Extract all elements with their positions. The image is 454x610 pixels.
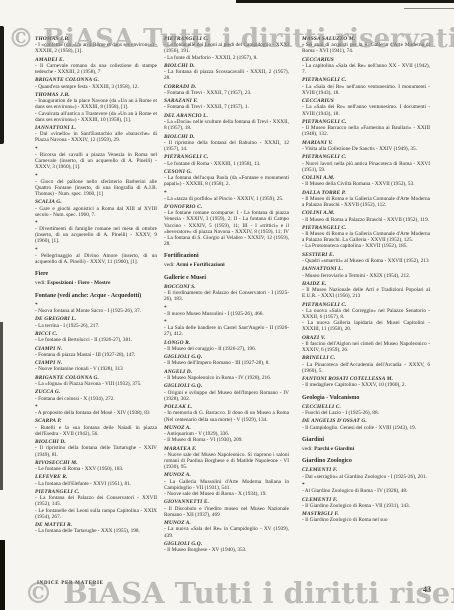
section-heading: Giardini (302, 437, 430, 444)
entry-line: - Il riordinamento del Palazzo dei Conse… (164, 290, 289, 302)
index-entry: PIETRANGELI C.- La «Sala dei Re» nell'an… (302, 77, 430, 96)
section-heading: Gallerie e Musei (164, 275, 289, 282)
index-entry: *- Pellegrinaggio al Divino Amore (inser… (35, 247, 157, 265)
entry-line: - Divertimenti di famiglie romane nel me… (35, 226, 157, 244)
entry-line: - La Protomoteca capitolina - XXVII (195… (302, 243, 430, 249)
entry-line: - Il Giardino Zoologico di Roma nel suo (302, 517, 430, 523)
entry-line: - La «fogna» di Piazza Navona - VIII (19… (35, 381, 157, 387)
crossref-prefix: vedi: (302, 446, 314, 452)
index-entry: DEL ARANCIO L.- La «Dacia» nelle scultur… (164, 113, 289, 132)
index-entry: GIOVANNETTI E.- Il Discobolo e l'inedito… (164, 499, 289, 518)
index-entry: *- La Sala delle bandiere in Castel Sant… (164, 319, 289, 337)
entry-line: - La «Sala dei Re» nell'anno ventunesimo… (302, 84, 430, 96)
index-entry: ANGELI D.- Il Museo Napoleonico in Roma … (164, 369, 289, 381)
entry-line: - Il Museo Barracco nella «Farnesina ai … (302, 125, 430, 137)
index-entry: BOCCONI S.- Il riordinamento del Palazzo… (164, 284, 289, 303)
cross-reference: vedi: Armi e Fortificazioni (164, 262, 289, 268)
index-entry: THOMAS J.B.- I «confetti» (da «Un an à R… (35, 36, 157, 55)
index-entry: *- Gioco del pallone nello sferisterio B… (35, 173, 157, 198)
index-column-2: PIETRANGELI C.- Le fontanelle dei Leoni … (164, 36, 289, 590)
index-entry: LEFEVRE R.- La fontana dell'Elefante - X… (35, 474, 157, 486)
entry-line: - Nuove sale del Museo di Roma - X (1934… (164, 491, 289, 497)
index-entry: SESTIERI E.- Quadri «smarriti» al Museo … (302, 252, 430, 264)
footer-section-label: INDICE PER MATERIE (37, 581, 104, 586)
entry-line: - Ricorsa dei cavalli a piazza Venezia i… (35, 152, 157, 170)
index-entry: PIETRANGELI C.- Le fontane di Roma - XXX… (164, 154, 289, 166)
entry-line: - Il Museo Nazionale delle Arti e Tradiz… (302, 287, 430, 299)
entry-line: - Fuochi del Lazio - I (1925-26), 88. (302, 410, 430, 416)
crossref-prefix: vedi: (35, 280, 47, 286)
entry-line: - La fontana dell'acqua Paola (da «Fonta… (164, 175, 289, 187)
entry-line: - La Sala delle bandiere in Castel Sant'… (164, 325, 289, 337)
entry-line: - Nuove sale del Museo Napoleonico. Si r… (164, 452, 289, 470)
index-entry: RICCI C.- Le fontane di Bertolucci - II … (35, 331, 157, 343)
entry-line: - Nuova fontana al Monte Sacro - I (1925… (35, 308, 157, 314)
entry-line: - Pellegrinaggio al Divino Amore (insert… (35, 253, 157, 265)
scanned-index-page: © BiASA Tutti i diritti riservati © BiAS… (0, 0, 454, 610)
index-entry: LONGO R.- Il Museo del coraggio - II (19… (164, 340, 289, 352)
entry-line: - Il ripristino della fontana del Babuin… (164, 140, 289, 152)
index-entry: *- Il nuovo Museo Mussolini - I (1925-26… (164, 305, 289, 317)
entry-line: - La fontana di piazza Scossacavalli - X… (164, 69, 289, 81)
index-entry: PIETRANGELI C.- Le fontanelle dei Leoni … (164, 36, 289, 61)
index-entry: *- Ricorsa dei cavalli a piazza Venezia … (35, 146, 157, 171)
entry-line: - Le fontanelle dei Leoni sulla rampa Ca… (35, 508, 157, 520)
index-entry: SARAZANI F.- Fontana di Trevi - XXXII, 7… (164, 98, 289, 110)
entry-line: - Dal «serraglio» al Giardino Zoologico … (302, 474, 430, 480)
index-entry: CECCARIUS- La «Sala dei Re» nell'anno ve… (302, 98, 430, 117)
index-column-1: THOMAS J.B.- I «confetti» (da «Un an à R… (35, 36, 157, 590)
scan-edge-artifact-left-upper (0, 26, 4, 144)
index-entry: ZUCCA G.- Fontana dei colossi - X (1934)… (35, 389, 157, 401)
entry-line: - La nuova «Sala del Re» in Campidoglio … (164, 526, 289, 538)
index-entry: DE MATTEI R.- La fontana delle Tartarugh… (35, 522, 157, 534)
index-entry: COLINI A.M.- Il Museo della Civiltà Roma… (302, 175, 430, 187)
index-entry: CORRADI D.- Fontana di Trevi - XXXII, 7 … (164, 84, 289, 96)
index-entry: BIOLCHI D.- La fontana di piazza Scossac… (164, 63, 289, 82)
index-entry: CLEMENTI F.- Dal «serraglio» al Giardino… (302, 467, 430, 479)
entry-line: - Origini e sviluppo del Museo dell'Impe… (164, 390, 289, 402)
index-entry: CIAMPI N.- Fontana di piazza Mastai - II… (35, 346, 157, 358)
entry-line: - Fontana di Trevi - XXXII, 7 (1957), 23… (164, 90, 289, 96)
entry-line: - Il Museo del coraggio - II (1926-27), … (164, 346, 289, 352)
index-entry: *- A proposito della fontana del Mosè - … (35, 404, 157, 416)
entry-line: - Il Museo della Civiltà Romana - XXVII … (302, 181, 430, 187)
cross-reference: vedi: Esposizioni - Fiere - Mostre (35, 280, 157, 286)
index-entry: DE GREGORI L.- La terrina - I (1925-26),… (35, 316, 157, 328)
index-entry: POLLAK L.- In memoria di G. Barracco. Il… (164, 404, 289, 423)
index-entry: CLEMENTI F.- Il Giardino Zoologico di Ro… (302, 497, 430, 509)
entry-line: - Il fascino dell'Aiglon nei cimeli del … (302, 341, 430, 353)
index-entry: *- Al Giardino Zoologico di Roma - IV (1… (302, 482, 430, 494)
entry-line: - I «confetti» (da «Un an à Rome et dans… (35, 42, 157, 54)
index-entry: FANTONI ROSATI COTELLESSA M.- Il medagli… (302, 376, 430, 388)
entry-line: - Museo ferroviario a Termini - XXIX (19… (302, 273, 430, 279)
entry-line: - La capitolina «Sala dei Re» nell'anno … (302, 63, 430, 75)
index-entry: PIETRANGELI C.- Il Museo di Roma e la Ga… (302, 225, 430, 250)
index-entry: BIOLCHI D.- Il ripristino della fontana … (35, 439, 157, 458)
entry-line: - Il Museo di Roma e la Galleria Comunal… (302, 231, 430, 243)
index-entry: BRIGANTE COLONNA G.- Quand'era sempre fe… (35, 77, 157, 89)
crossref-target: Esposizioni - Fiere - Mostre (47, 280, 110, 286)
index-entry: BIOLCHI D.- Il ripristino della fontana … (164, 134, 289, 153)
entry-line: - In memoria di G. Barracco. Il dono di … (164, 410, 289, 422)
index-column-3: MASSA SALUZZO M.- Sei anni di acquisti p… (302, 36, 430, 590)
index-entry: *- Divertimenti di famiglie romane nel m… (35, 220, 157, 245)
index-entry: GIGLIOLI G.Q.- Il Museo Borghese - XV (1… (164, 541, 289, 553)
entry-line: - Il Discobolo e l'inedito museo nel Mus… (164, 506, 289, 518)
section-heading: Geologia - Vulcanismo (302, 395, 430, 402)
entry-line: - Le fontane di Roma - XXV (1950), 183. (35, 466, 157, 472)
entry-line: - Il Museo Borghese - XV (1940), 353. (164, 547, 289, 553)
scan-edge-artifact-top-thin (404, 8, 454, 9)
entry-line: - Quadri «smarriti» al Museo di Roma - X… (302, 258, 430, 264)
index-entry: ORAZI V.- Il fascino dell'Aiglon nei cim… (302, 335, 430, 354)
entry-line: - Nuove fontanine rionali - V (1928), 31… (35, 366, 157, 372)
entry-line: - Il nuovo Museo Mussolini - I (1925-26)… (164, 311, 289, 317)
entry-line: - La «Dacia» nelle sculture della fontan… (164, 119, 289, 131)
entry-line: - Il Museo di Roma - VI (1930), 209. (164, 437, 289, 443)
index-entry: AMADEI E.- Il Carnevale romano da una co… (35, 57, 157, 76)
index-entry: *- La «tazza di porfido» al Pincio - XXX… (164, 190, 289, 202)
index-entry: MASSA SALUZZO M.- Sei anni di acquisti p… (302, 36, 430, 55)
entry-line: - Inauguration de la place Navone (da «U… (35, 98, 157, 110)
entry-line: - Al Giardino Zoologico di Roma - IV (19… (302, 488, 430, 494)
index-entry: SCALIA G.- Gare e giochi agonistici a Ro… (35, 199, 157, 218)
index-entry: PIETRANGELI C.- Nuovi lavori nella più a… (302, 154, 430, 173)
entry-line: - Fontana di piazza Mastai - III (1927-2… (35, 352, 157, 358)
entry-line: - Nuovi lavori nella più antica Pinacote… (302, 161, 430, 173)
entry-line: - La fonte di Marforio - XXXII, 2 (1957)… (164, 55, 289, 61)
entry-line: - Gare e giochi agonistici a Roma dal XI… (35, 206, 157, 218)
index-entry: PIETRANGELI C.- Il Museo Barracco nella … (302, 119, 430, 138)
index-entry: MUNOZ A.- La Galleria Mussolini d'Arte M… (164, 472, 289, 497)
entry-line: - La Pinacoteca dell'Accademia dell'Arca… (302, 362, 430, 374)
section-heading: Fiere (35, 271, 157, 278)
entry-line: - Le fontane di Bertolucci - II (1926-27… (35, 337, 157, 343)
entry-line: - Il Campidoglio. Genesi del colle - XVI… (302, 425, 430, 431)
entry-line: - La nuova Galleria lapidaria dei Musei … (302, 320, 430, 332)
index-entry: MASTRIGLI F.- Il Giardino Zoologico di R… (302, 511, 430, 523)
scan-edge-artifact-left-lower (0, 540, 5, 610)
entry-line: - Visita alla Collezione De Sanctis - XX… (302, 146, 430, 152)
entry-line: - Il ripristino della fontana delle Tart… (35, 445, 157, 457)
section-heading: Fontane (vedi anche: Acque - Acquedotti) (35, 293, 157, 300)
page-number: 43 (423, 585, 431, 594)
index-entry: CECCARIUS- La capitolina «Sala dei Re» n… (302, 57, 430, 76)
index-entry: D'ONOFRIO C.- Le fontane romane scompars… (164, 204, 289, 247)
index-entry: RIVOSECCHI M.- Le fontane di Roma - XXV … (35, 460, 157, 472)
index-entry: THOMAS J.B.- Inauguration de la place Na… (35, 92, 157, 123)
entry-line: - Fontana dei colossi - X (1934), 272. (35, 396, 157, 402)
index-entry: PIETRANGELI C.- La fontana del Palazzo d… (35, 489, 157, 520)
index-entry: *- Nuova fontana al Monte Sacro - I (192… (35, 302, 157, 314)
entry-line: - Il Giardino Zoologico di Roma - VII (1… (302, 503, 430, 509)
entry-line: - Sei anni di acquisti per la R. Galleri… (302, 42, 430, 54)
entry-line: - Cavalcata all'antica a Trastevere (da … (35, 111, 157, 123)
entry-line: - La fontana dell'Elefante - XXVI (1951)… (35, 481, 157, 487)
index-entry: BRINELLI C.- La Pinacoteca dell'Accademi… (302, 355, 430, 374)
entry-line: - La Galleria Mussolini d'Arte Moderna I… (164, 479, 289, 491)
entry-line: - Rutelli e la sua fontana delle Naiadi … (35, 425, 157, 437)
index-entry: MUNOZ A.- La nuova «Sala del Re» in Camp… (164, 520, 289, 539)
index-entry: COLINI A.M.- Il Museo di Roma a Palazzo … (302, 210, 430, 222)
entry-line: - A proposito della fontana del Mosè - X… (35, 410, 157, 416)
scan-edge-artifact-top (236, 0, 454, 3)
index-entry: MUNOZ A.- Antiquarium - V (1929), 336.- … (164, 425, 289, 444)
entry-line: - Il Museo di Roma e la Galleria Comunal… (302, 196, 430, 208)
entry-line: - Fontana di Trevi - XXXII, 7 (1957), 1. (164, 104, 289, 110)
index-entry: CECCHELLI C.- Fuochi del Lazio - I (1925… (302, 404, 430, 416)
index-entry: PIETRANGELI C.- La nuova «Sala del Corre… (302, 302, 430, 333)
section-heading: Giardino Zoologico (302, 458, 430, 465)
entry-line: - Dal «vinello» in Sant'Eustachio alle «… (35, 131, 157, 143)
entry-line: - Le fontane di Roma - XXXIII, 1 (1958),… (164, 161, 289, 167)
index-entry: DALLA TORRE P.- Il Museo di Roma e la Ga… (302, 190, 430, 209)
crossref-target: Armi e Fortificazioni (176, 262, 225, 268)
index-entry: BRIGANTE COLONNA G.- La «fogna» di Piazz… (35, 375, 157, 387)
entry-line: - La «Sala dei Re» nell'anno ventunesimo… (302, 104, 430, 116)
crossref-prefix: vedi: (164, 262, 176, 268)
index-entry: GIGLIOLI G.Q.- Il Museo dell'Impero Roma… (164, 354, 289, 366)
scan-edge-artifact-left-middle (0, 322, 3, 490)
index-entry: CESONI G.- La fontana dell'acqua Paola (… (164, 169, 289, 188)
entry-line: - Le fontanelle dei Leoni ai piedi del C… (164, 42, 289, 54)
index-entry: SCARPA P.- Rutelli e la sua fontana dell… (35, 418, 157, 437)
entry-line: - Quand'era sempre festa - XXXIII, 3 (19… (35, 84, 157, 90)
entry-line: - Il Carnevale romano da una collezione … (35, 63, 157, 75)
index-entry: MARIANI V.- Visita alla Collezione De Sa… (302, 140, 430, 152)
entry-line: - La fontana delle Tartarughe - XXX (195… (35, 528, 157, 534)
section-heading: Fortificazioni (164, 253, 289, 260)
index-entry: DE ANGELIS D'OSSAT G.- Il Campidoglio. G… (302, 418, 430, 430)
index-entry: IANNATTONI L.- Dal «vinello» in Sant'Eus… (35, 125, 157, 144)
cross-reference: vedi: Parchi e Giardini (302, 446, 430, 452)
entry-line: - Il Museo dell'Impero Romano - III (192… (164, 360, 289, 366)
entry-line: - Gioco del pallone nello sferisterio Ba… (35, 179, 157, 197)
entry-line: - Il Museo di Roma a Palazzo Braschi - X… (302, 217, 430, 223)
entry-line: - La nuova «Sala del Correggio» nel Pala… (302, 308, 430, 320)
index-entry: CIAMPI N.- Nuove fontanine rionali - V (… (35, 360, 157, 372)
entry-line: - La «tazza di porfido» al Pincio - XXXI… (164, 196, 289, 202)
crossref-target: Parchi e Giardini (314, 446, 354, 452)
entry-line: - La fontana del Palazzo dei Conservator… (35, 495, 157, 507)
entry-line: - La terrina - I (1925-26), 217. (35, 323, 157, 329)
index-entry: IANNATTONI L.- Museo ferroviario a Termi… (302, 266, 430, 278)
index-entry: MARATEA F.- Nuove sale del Museo Napoleo… (164, 446, 289, 471)
entry-line: - Il Museo Napoleonico in Roma - IV (192… (164, 375, 289, 381)
index-entry: HAIDZ E.- Il Museo Nazionale delle Arti … (302, 281, 430, 300)
entry-line: - Le fontane romane scomparse: I - La fo… (164, 210, 289, 247)
entry-line: - Il medagliere Capitolino - XXXV, 10 (1… (302, 382, 430, 388)
index-entry: GIGLIOLI G.Q.- Origini e sviluppo del Mu… (164, 383, 289, 402)
